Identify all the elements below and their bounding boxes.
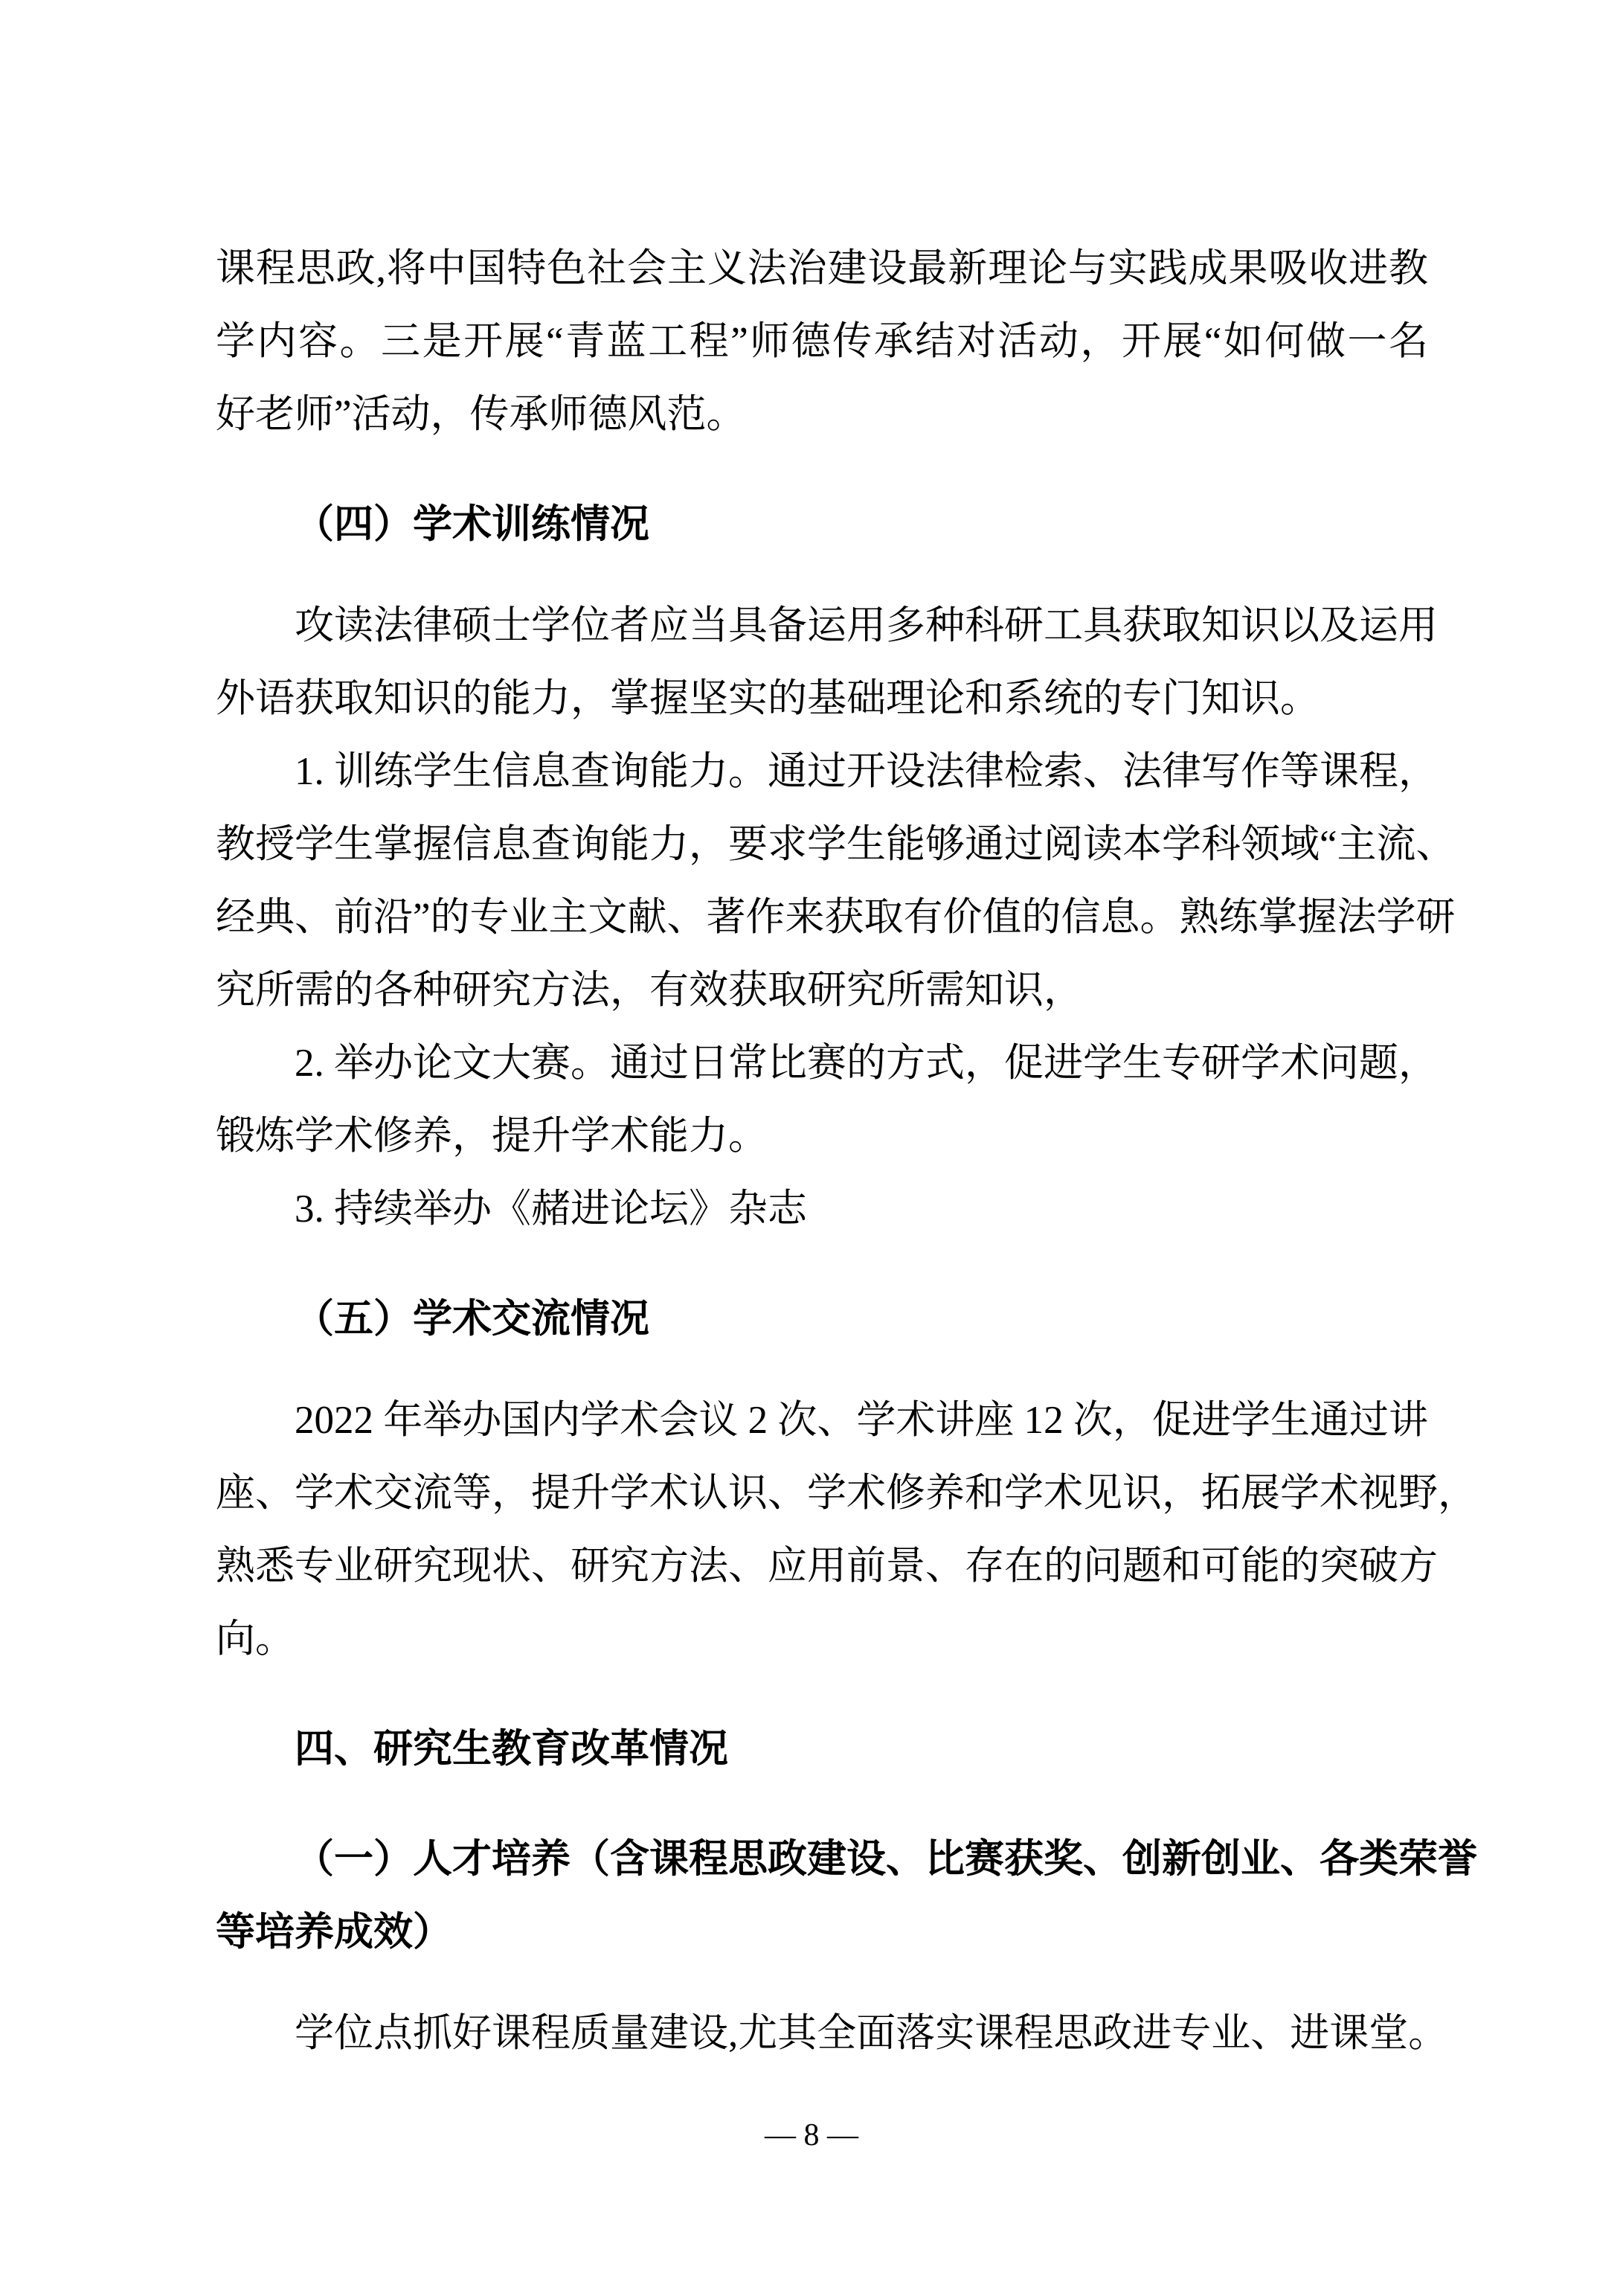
text-line: 2022 年举办国内学术会议 2 次、学术讲座 12 次，促进学生通过讲	[216, 1384, 1428, 1457]
paragraph: 攻读法律硕士学位者应当具备运用多种科研工具获取知识以及运用外语获取知识的能力，掌…	[216, 589, 1428, 735]
text-line: 攻读法律硕士学位者应当具备运用多种科研工具获取知识以及运用	[216, 589, 1428, 662]
paragraph: 课程思政,将中国特色社会主义法治建设最新理论与实践成果吸收进教学内容。三是开展“…	[216, 232, 1428, 451]
text-line: 向。	[216, 1603, 1428, 1675]
document-body: 课程思政,将中国特色社会主义法治建设最新理论与实践成果吸收进教学内容。三是开展“…	[216, 232, 1428, 2070]
text-line: 外语获取知识的能力，掌握坚实的基础理论和系统的专门知识。	[216, 662, 1428, 735]
section-heading: （四）学术训练情况	[216, 488, 1428, 561]
text-line: 1. 训练学生信息查询能力。通过开设法律检索、法律写作等课程，	[216, 735, 1428, 808]
text-line: 锻炼学术修养，提升学术能力。	[216, 1100, 1428, 1173]
document-page: 课程思政,将中国特色社会主义法治建设最新理论与实践成果吸收进教学内容。三是开展“…	[0, 0, 1623, 2296]
page-number: — 8 —	[0, 2113, 1623, 2158]
text-line: 2. 举办论文大赛。通过日常比赛的方式，促进学生专研学术问题，	[216, 1027, 1428, 1100]
paragraph: 2. 举办论文大赛。通过日常比赛的方式，促进学生专研学术问题，锻炼学术修养，提升…	[216, 1027, 1428, 1173]
heading-line: （四）学术训练情况	[216, 488, 1428, 561]
paragraph: 2022 年举办国内学术会议 2 次、学术讲座 12 次，促进学生通过讲座、学术…	[216, 1384, 1428, 1675]
text-line: 学内容。三是开展“青蓝工程”师德传承结对活动，开展“如何做一名	[216, 305, 1428, 378]
text-line: 究所需的各种研究方法，有效获取研究所需知识，	[216, 954, 1428, 1027]
text-line: 课程思政,将中国特色社会主义法治建设最新理论与实践成果吸收进教	[216, 232, 1428, 305]
text-line: 经典、前沿”的专业主文献、著作来获取有价值的信息。熟练掌握法学研	[216, 881, 1428, 954]
text-line: 学位点抓好课程质量建设,尤其全面落实课程思政进专业、进课堂。	[216, 1997, 1428, 2070]
paragraph: 学位点抓好课程质量建设,尤其全面落实课程思政进专业、进课堂。	[216, 1997, 1428, 2070]
paragraph: 1. 训练学生信息查询能力。通过开设法律检索、法律写作等课程，教授学生掌握信息查…	[216, 735, 1428, 1027]
text-line: 3. 持续举办《赭进论坛》杂志	[216, 1173, 1428, 1245]
text-line: 座、学术交流等，提升学术认识、学术修养和学术见识，拓展学术视野，	[216, 1457, 1428, 1530]
heading-line: （五）学术交流情况	[216, 1283, 1428, 1356]
heading-line: （一）人才培养（含课程思政建设、比赛获奖、创新创业、各类荣誉	[216, 1823, 1428, 1896]
paragraph: 3. 持续举办《赭进论坛》杂志	[216, 1173, 1428, 1245]
section-heading: （一）人才培养（含课程思政建设、比赛获奖、创新创业、各类荣誉等培养成效）	[216, 1823, 1428, 1969]
text-line: 好老师”活动，传承师德风范。	[216, 378, 1428, 451]
heading-line: 四、研究生教育改革情况	[216, 1713, 1428, 1786]
text-line: 教授学生掌握信息查询能力，要求学生能够通过阅读本学科领域“主流、	[216, 808, 1428, 881]
section-heading: （五）学术交流情况	[216, 1283, 1428, 1356]
section-heading: 四、研究生教育改革情况	[216, 1713, 1428, 1786]
text-line: 熟悉专业研究现状、研究方法、应用前景、存在的问题和可能的突破方	[216, 1530, 1428, 1603]
heading-line: 等培养成效）	[216, 1896, 1428, 1969]
